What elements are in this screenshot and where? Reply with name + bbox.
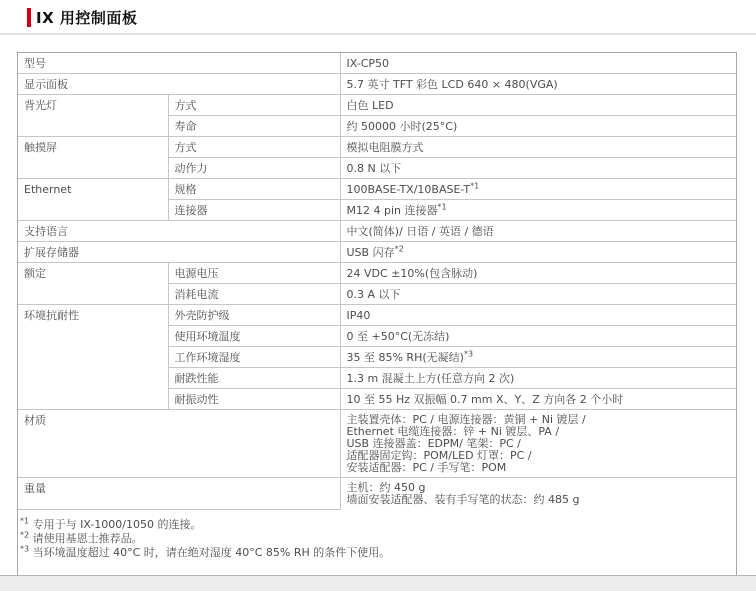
spec-value: 主机：约 450 g 墙面安装适配器、装有手写笔的状态：约 485 g xyxy=(340,478,736,510)
spec-label: 材质 xyxy=(18,410,340,478)
spec-value: 0.8 N 以下 xyxy=(340,158,736,179)
footnote-ref: *1 xyxy=(470,181,479,190)
spec-sub-label: 方式 xyxy=(168,137,340,158)
spec-value: 约 50000 小时(25°C) xyxy=(340,116,736,137)
table-row: Ethernet 规格 100BASE-TX/10BASE-T*1 xyxy=(18,179,736,200)
spec-value: 10 至 55 Hz 双振幅 0.7 mm X、Y、Z 方向各 2 个小时 xyxy=(340,389,736,410)
spec-value: 35 至 85% RH(无凝结)*3 xyxy=(340,347,736,368)
spec-sub-label: 外壳防护级 xyxy=(168,305,340,326)
spec-value: IP40 xyxy=(340,305,736,326)
spec-label: 触摸屏 xyxy=(18,137,168,179)
footnotes: *1 专用于与 IX-1000/1050 的连接。 *2 请使用基恩士推荐品。 … xyxy=(18,510,736,560)
spec-sub-label: 耐振动性 xyxy=(168,389,340,410)
spec-label: Ethernet xyxy=(18,179,168,221)
footnote-ref: *3 xyxy=(464,349,473,358)
title-accent-bar xyxy=(27,8,31,27)
spec-label: 型号 xyxy=(18,53,340,74)
table-row: 背光灯 方式 白色 LED xyxy=(18,95,736,116)
spec-value: IX-CP50 xyxy=(340,53,736,74)
table-row: 扩展存储器 USB 闪存*2 xyxy=(18,242,736,263)
spec-value: USB 闪存*2 xyxy=(340,242,736,263)
spec-sub-label: 工作环境湿度 xyxy=(168,347,340,368)
footnote: *2 请使用基恩士推荐品。 xyxy=(20,532,736,546)
spec-sub-label: 耐跌性能 xyxy=(168,368,340,389)
spec-label: 扩展存储器 xyxy=(18,242,340,263)
spec-value: 主装置壳体：PC / 电源连接器：黄铜 + Ni 镀层 / Ethernet 电… xyxy=(340,410,736,478)
footnote: *1 专用于与 IX-1000/1050 的连接。 xyxy=(20,518,736,532)
table-row: 环境抗耐性 外壳防护级 IP40 xyxy=(18,305,736,326)
spec-label: 额定 xyxy=(18,263,168,305)
spec-value: 0 至 +50°C(无冻结) xyxy=(340,326,736,347)
page-title: IX 用控制面板 xyxy=(36,7,137,28)
spec-sub-label: 电源电压 xyxy=(168,263,340,284)
spec-label: 显示面板 xyxy=(18,74,340,95)
table-row: 型号 IX-CP50 xyxy=(18,53,736,74)
spec-panel: 型号 IX-CP50 显示面板 5.7 英寸 TFT 彩色 LCD 640 × … xyxy=(17,52,737,575)
spec-sub-label: 方式 xyxy=(168,95,340,116)
spec-sub-label: 寿命 xyxy=(168,116,340,137)
spec-value: 100BASE-TX/10BASE-T*1 xyxy=(340,179,736,200)
spec-label: 重量 xyxy=(18,478,340,510)
spec-value: 中文(简体)/ 日语 / 英语 / 德语 xyxy=(340,221,736,242)
spec-sub-label: 使用环境温度 xyxy=(168,326,340,347)
spec-label: 背光灯 xyxy=(18,95,168,137)
spec-label: 支持语言 xyxy=(18,221,340,242)
spec-value: M12 4 pin 连接器*1 xyxy=(340,200,736,221)
spec-value: 模拟电阻膜方式 xyxy=(340,137,736,158)
table-row: 显示面板 5.7 英寸 TFT 彩色 LCD 640 × 480(VGA) xyxy=(18,74,736,95)
table-row: 触摸屏 方式 模拟电阻膜方式 xyxy=(18,137,736,158)
page-header: IX 用控制面板 xyxy=(0,0,756,35)
footnote-ref: *2 xyxy=(20,530,29,539)
spec-value: 白色 LED xyxy=(340,95,736,116)
table-row: 重量 主机：约 450 g 墙面安装适配器、装有手写笔的状态：约 485 g xyxy=(18,478,736,510)
page-footer-strip xyxy=(0,575,756,591)
header-divider xyxy=(0,33,756,35)
spec-value: 1.3 m 混凝土上方(任意方向 2 次) xyxy=(340,368,736,389)
spec-sub-label: 规格 xyxy=(168,179,340,200)
footnote-ref: *2 xyxy=(395,244,404,253)
spec-table: 型号 IX-CP50 显示面板 5.7 英寸 TFT 彩色 LCD 640 × … xyxy=(18,53,736,510)
table-row: 材质 主装置壳体：PC / 电源连接器：黄铜 + Ni 镀层 / Etherne… xyxy=(18,410,736,478)
spec-value: 24 VDC ±10%(包含脉动) xyxy=(340,263,736,284)
spec-value: 0.3 A 以下 xyxy=(340,284,736,305)
spec-label: 环境抗耐性 xyxy=(18,305,168,410)
table-row: 支持语言 中文(简体)/ 日语 / 英语 / 德语 xyxy=(18,221,736,242)
spec-sub-label: 连接器 xyxy=(168,200,340,221)
spec-value: 5.7 英寸 TFT 彩色 LCD 640 × 480(VGA) xyxy=(340,74,736,95)
footnote-ref: *3 xyxy=(20,544,29,553)
spec-sub-label: 消耗电流 xyxy=(168,284,340,305)
table-row: 额定 电源电压 24 VDC ±10%(包含脉动) xyxy=(18,263,736,284)
spec-sub-label: 动作力 xyxy=(168,158,340,179)
footnote: *3 当环境温度超过 40°C 时，请在绝对湿度 40°C 85% RH 的条件… xyxy=(20,546,736,560)
footnote-ref: *1 xyxy=(438,202,447,211)
footnote-ref: *1 xyxy=(20,516,29,525)
